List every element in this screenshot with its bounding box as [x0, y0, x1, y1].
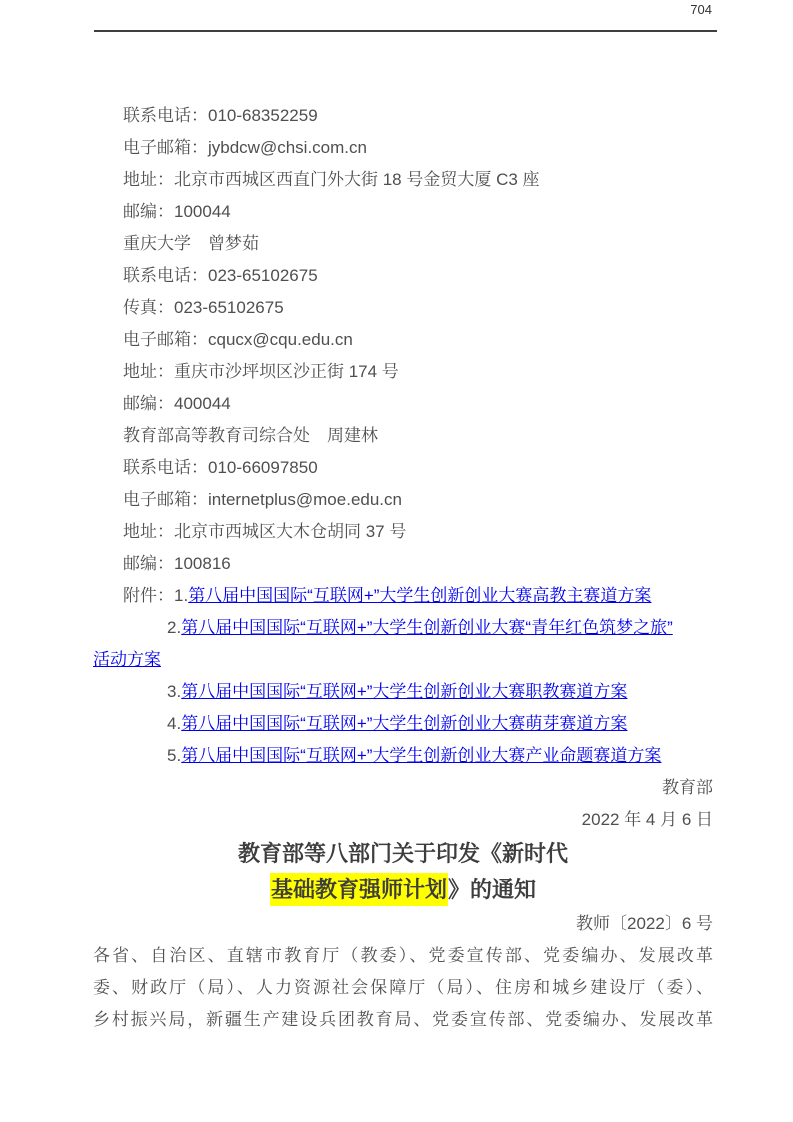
contact-line: 地址：重庆市沙坪坝区沙正街 174 号 [93, 356, 713, 388]
attachment-line: 4.第八届中国国际“互联网+”大学生创新创业大赛萌芽赛道方案 [93, 708, 713, 740]
contact-line: 电子邮箱：jybdcw@chsi.com.cn [93, 132, 713, 164]
contact-line: 电子邮箱：cqucx@cqu.edu.cn [93, 324, 713, 356]
contact-info-block: 联系电话：010-68352259 电子邮箱：jybdcw@chsi.com.c… [93, 100, 713, 580]
attachment-link-3[interactable]: 第八届中国国际“互联网+”大学生创新创业大赛职教赛道方案 [181, 682, 627, 701]
attachment-link-4[interactable]: 第八届中国国际“互联网+”大学生创新创业大赛萌芽赛道方案 [181, 714, 627, 733]
body-paragraph: 各省、自治区、直辖市教育厅（教委）、党委宣传部、党委编办、发展改革 委、财政厅（… [93, 940, 713, 1036]
contact-line: 联系电话：023-65102675 [93, 260, 713, 292]
page-number: 704 [690, 2, 712, 18]
notice-title-line-2: 基础教育强师计划》的通知 [93, 872, 713, 908]
attachment-line: 2.第八届中国国际“互联网+”大学生创新创业大赛“青年红色筑梦之旅” [93, 612, 713, 644]
attachment-line: 3.第八届中国国际“互联网+”大学生创新创业大赛职教赛道方案 [93, 676, 713, 708]
attachments-block: 附件：1.第八届中国国际“互联网+”大学生创新创业大赛高教主赛道方案 2.第八届… [93, 580, 713, 772]
contact-line: 重庆大学 曾梦茹 [93, 228, 713, 260]
doc-number: 教师〔2022〕6 号 [93, 908, 713, 940]
attachment-number: 3. [167, 682, 181, 701]
contact-line: 电子邮箱：internetplus@moe.edu.cn [93, 484, 713, 516]
attachment-link-5[interactable]: 第八届中国国际“互联网+”大学生创新创业大赛产业命题赛道方案 [181, 746, 661, 765]
contact-line: 邮编：100044 [93, 196, 713, 228]
contact-line: 地址：北京市西城区大木仓胡同 37 号 [93, 516, 713, 548]
attachment-number: 2. [167, 618, 181, 637]
notice-title: 教育部等八部门关于印发《新时代 基础教育强师计划》的通知 [93, 836, 713, 908]
contact-line: 传真：023-65102675 [93, 292, 713, 324]
issuer-name: 教育部 [93, 772, 713, 804]
contact-line: 联系电话：010-68352259 [93, 100, 713, 132]
attachment-number: 1. [174, 586, 188, 605]
contact-line: 邮编：400044 [93, 388, 713, 420]
attachment-link-2-continued[interactable]: 活动方案 [93, 650, 161, 669]
contact-line: 邮编：100816 [93, 548, 713, 580]
attachment-number: 5. [167, 746, 181, 765]
attachment-line: 5.第八届中国国际“互联网+”大学生创新创业大赛产业命题赛道方案 [93, 740, 713, 772]
notice-title-line-1: 教育部等八部门关于印发《新时代 [93, 836, 713, 872]
page-content: 联系电话：010-68352259 电子邮箱：jybdcw@chsi.com.c… [93, 100, 713, 1036]
attachment-link-2[interactable]: 第八届中国国际“互联网+”大学生创新创业大赛“青年红色筑梦之旅” [181, 618, 673, 637]
contact-line: 联系电话：010-66097850 [93, 452, 713, 484]
attachment-number: 4. [167, 714, 181, 733]
header-divider [94, 30, 717, 32]
notice-title-rest: 》的通知 [448, 877, 536, 902]
body-line: 乡村振兴局，新疆生产建设兵团教育局、党委宣传部、党委编办、发展改革 [93, 1004, 713, 1036]
attachment-line-continued: 活动方案 [93, 644, 713, 676]
contact-line: 地址：北京市西城区西直门外大街 18 号金贸大厦 C3 座 [93, 164, 713, 196]
notice-title-highlight: 基础教育强师计划 [270, 873, 448, 906]
body-line: 各省、自治区、直辖市教育厅（教委）、党委宣传部、党委编办、发展改革 [93, 940, 713, 972]
attachment-line: 附件：1.第八届中国国际“互联网+”大学生创新创业大赛高教主赛道方案 [93, 580, 713, 612]
attachments-label: 附件： [123, 586, 174, 605]
issue-date: 2022 年 4 月 6 日 [93, 804, 713, 836]
body-line: 委、财政厅（局）、人力资源社会保障厅（局）、住房和城乡建设厅（委）、 [93, 972, 713, 1004]
contact-line: 教育部高等教育司综合处 周建林 [93, 420, 713, 452]
attachment-link-1[interactable]: 第八届中国国际“互联网+”大学生创新创业大赛高教主赛道方案 [188, 586, 651, 605]
